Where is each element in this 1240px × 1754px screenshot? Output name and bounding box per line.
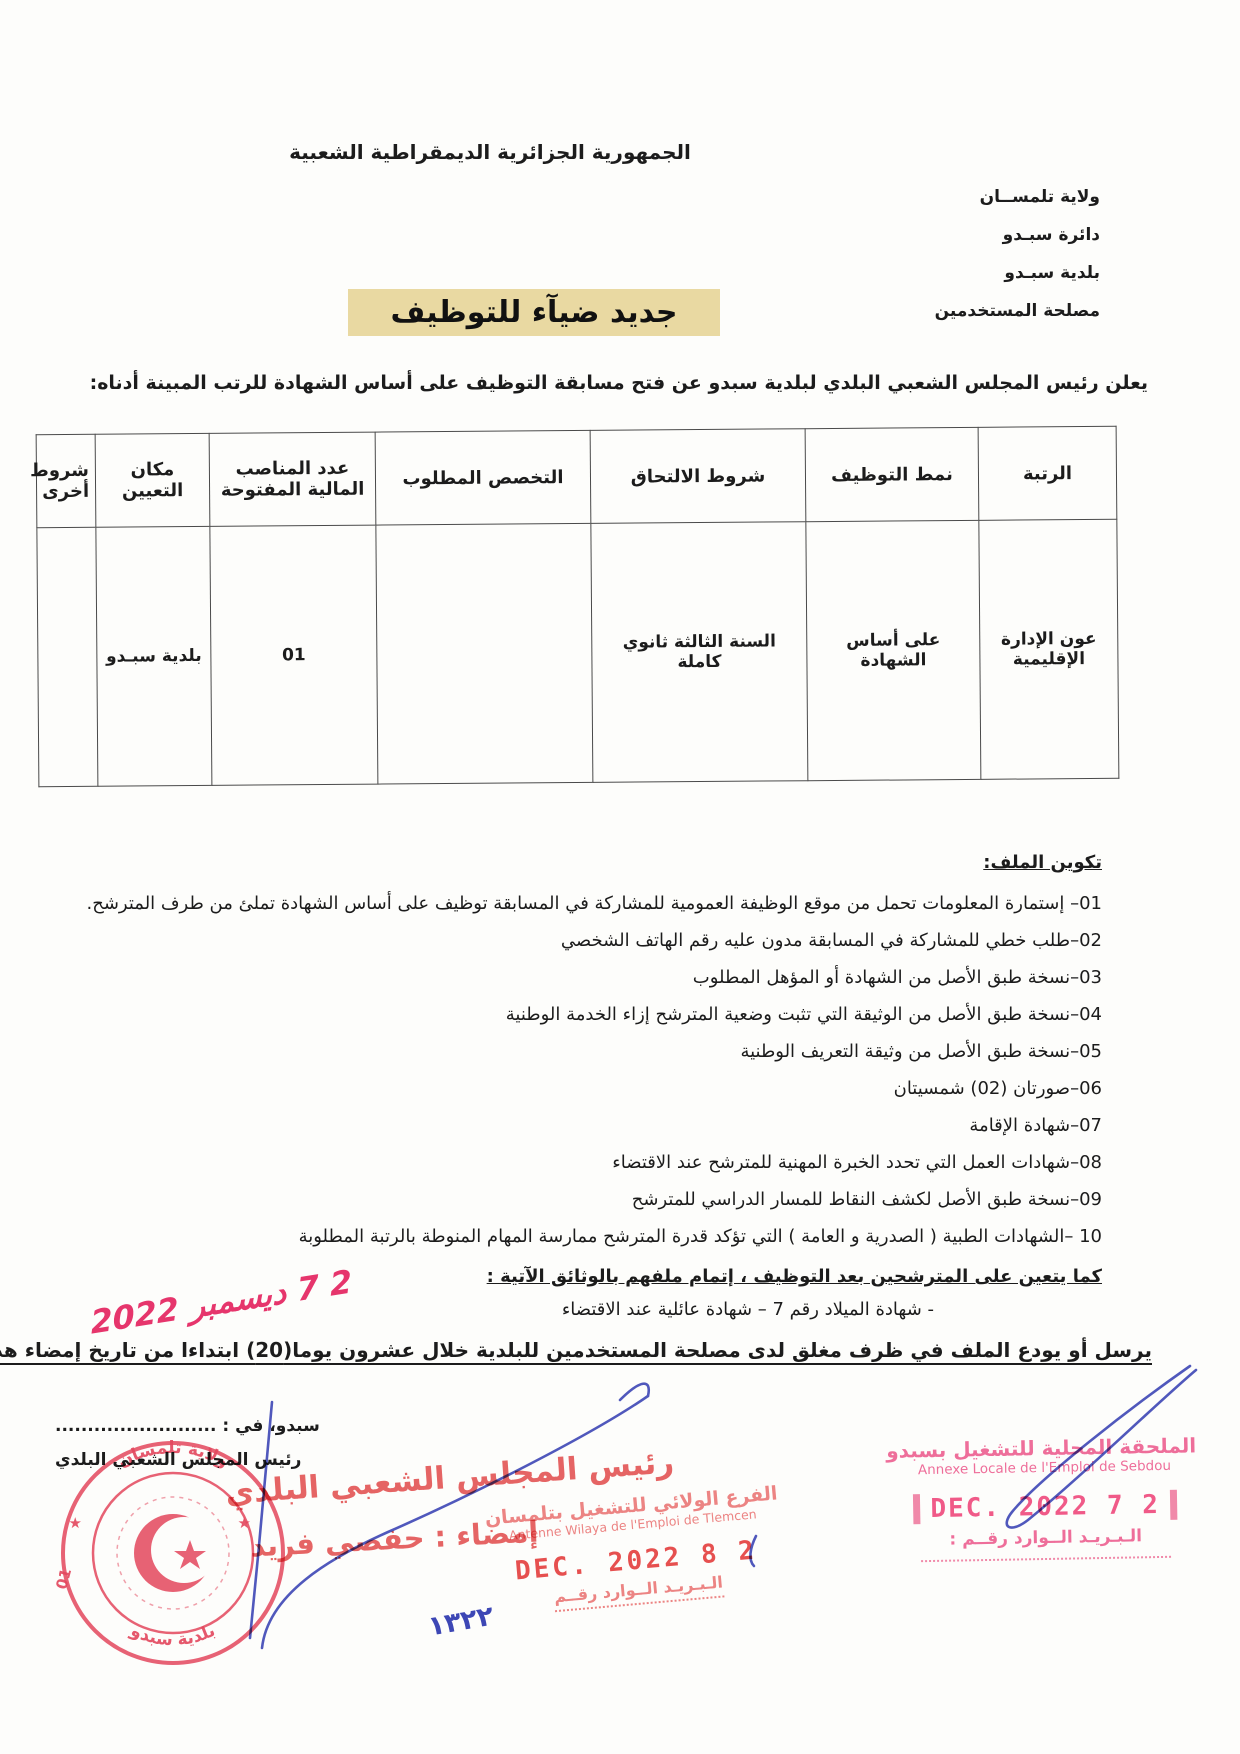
tlemcen-employment-stamp: الفرع الولائي للتشغيل بتلمسان Antenne Wi…	[476, 1482, 794, 1619]
dossier-section: تكوين الملف: 01– إستمارة المعلومات تحمل …	[40, 852, 1102, 1327]
col-entry-conditions: شروط الالتحاق	[590, 429, 806, 524]
municipal-round-seal: ولاية تلمسان بلدية سبدو ★ ★ 01	[48, 1428, 298, 1678]
cell-rank: عون الإدارة الإقليمية	[979, 519, 1119, 779]
sebdou-stamp-date-row: 2 7 DEC. 2022	[893, 1489, 1197, 1524]
list-item: 05–نسخة طبق الأصل من وثيقة التعريف الوطن…	[40, 1033, 1102, 1070]
watermark-banner: جديد ضيآء للتوظيف	[348, 289, 720, 336]
sebdou-employment-stamp: الملحقة المحلية للتشغيل بسبدو Annexe Loc…	[892, 1433, 1198, 1562]
list-item: 07–شهادة الإقامة	[40, 1107, 1102, 1144]
sebdou-stamp-date: 2 7 DEC. 2022	[930, 1490, 1160, 1524]
list-item: 01– إستمارة المعلومات تحمل من موقع الوظي…	[40, 885, 1102, 922]
svg-text:بلدية سبدو: بلدية سبدو	[127, 1620, 219, 1650]
col-specialty: التخصص المطلوب	[375, 430, 591, 525]
col-rank: الرتبة	[978, 426, 1117, 520]
list-item: 10 –الشهادات الطبية ( الصدرية و العامة )…	[40, 1218, 1102, 1255]
vacancies-table-wrapper: الرتبة نمط التوظيف شروط الالتحاق التخصص …	[37, 426, 1120, 787]
list-item: 04–نسخة طبق الأصل من الوثيقة التي تثبت و…	[40, 996, 1102, 1033]
cell-open-positions: 01	[210, 525, 378, 785]
col-assignment-place: مكان التعيين	[95, 433, 210, 527]
cell-entry-conditions: السنة الثالثة ثانوي كاملة	[591, 522, 808, 783]
dossier-title: تكوين الملف:	[40, 852, 1102, 873]
list-item: 02–طلب خطي للمشاركة في المسابقة مدون علي…	[40, 922, 1102, 959]
sebdou-stamp-mail-label: الـبـريـد الــوارد رقــم :	[894, 1525, 1198, 1550]
list-item: 03–نسخة طبق الأصل من الشهادة أو المؤهل ا…	[40, 959, 1102, 996]
seal-side-number: 01	[52, 1566, 75, 1591]
list-item: 09–نسخة طبق الأصل لكشف النقاط للمسار الد…	[40, 1181, 1102, 1218]
cell-other-conditions	[37, 527, 98, 786]
cell-assignment-place: بلدية سبـدو	[96, 526, 212, 786]
list-item: 06–صورتان (02) شمسيتان	[40, 1070, 1102, 1107]
list-item: 08–شهادات العمل التي تحدد الخبرة المهنية…	[40, 1144, 1102, 1181]
seal-star-left: ★	[69, 1514, 82, 1532]
seal-star-right: ★	[238, 1514, 251, 1532]
letterhead-wilaya: ولاية تلمســان	[935, 178, 1100, 216]
col-other-conditions: شروط أخرى	[36, 434, 96, 527]
submission-note: يرسل أو يودع الملف في ظرف مغلق لدى مصلحة…	[0, 1338, 1152, 1362]
stamp-frame-bar	[1170, 1490, 1178, 1520]
seal-ring-top-text: ولاية تلمسان	[114, 1438, 232, 1472]
republic-title: الجمهورية الجزائرية الديمقراطية الشعبية	[110, 140, 870, 164]
table-row: عون الإدارة الإقليمية على أساس الشهادة ا…	[37, 519, 1119, 786]
letterhead-daira: دائرة سبـدو	[935, 216, 1100, 254]
letterhead-commune: بلدية سبـدو	[935, 254, 1100, 292]
letterhead: ولاية تلمســان دائرة سبـدو بلدية سبـدو م…	[935, 178, 1100, 330]
seal-ring-bottom-text: بلدية سبدو	[127, 1620, 219, 1650]
scanned-announcement-page: الجمهورية الجزائرية الديمقراطية الشعبية …	[0, 0, 1240, 1754]
sebdou-stamp-dotted-line	[921, 1556, 1171, 1562]
col-recruitment-mode: نمط التوظيف	[805, 427, 979, 521]
cell-specialty	[376, 523, 593, 784]
intro-paragraph: يعلن رئيس المجلس الشعبي البلدي لبلدية سب…	[90, 372, 1148, 394]
handwritten-mail-number: ١٣٢٢	[426, 1601, 496, 1643]
table-header-row: الرتبة نمط التوظيف شروط الالتحاق التخصص …	[36, 426, 1117, 527]
cell-recruitment-mode: على أساس الشهادة	[806, 520, 981, 780]
letterhead-service: مصلحة المستخدمين	[935, 292, 1100, 330]
stamp-frame-bar	[913, 1494, 921, 1524]
vacancies-table: الرتبة نمط التوظيف شروط الالتحاق التخصص …	[36, 426, 1120, 787]
col-open-positions: عدد المناصب المالية المفتوحة	[209, 432, 376, 526]
svg-text:ولاية تلمسان: ولاية تلمسان	[114, 1438, 232, 1472]
